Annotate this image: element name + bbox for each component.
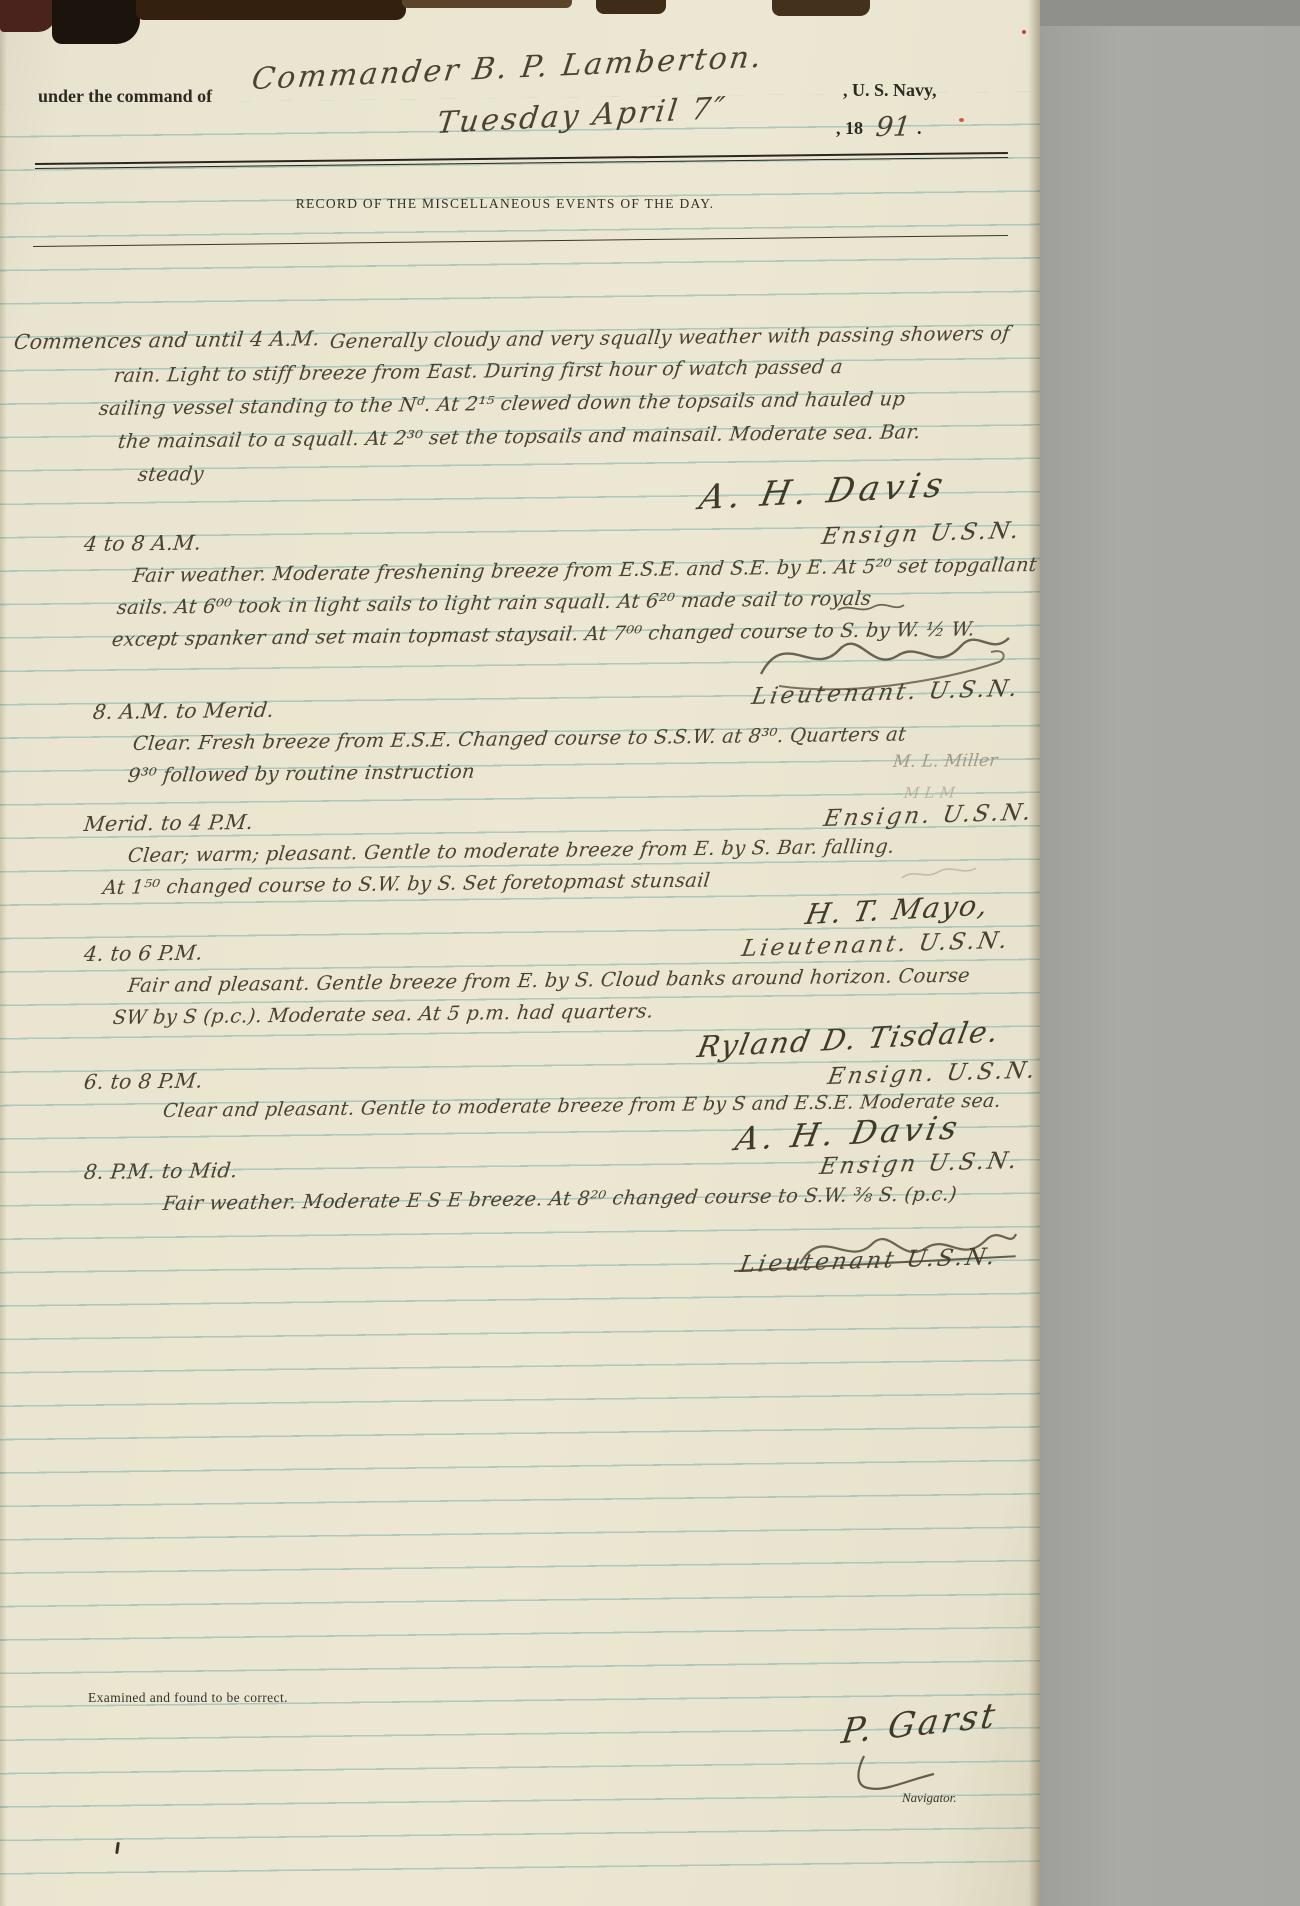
binding-fragment — [772, 0, 870, 16]
watch-heading: Commences and until 4 A.M. — [13, 326, 321, 354]
examined-note: Examined and found to be correct. — [88, 1690, 288, 1706]
navigator-label: Navigator. — [902, 1790, 957, 1806]
page-edge — [1028, 0, 1040, 1906]
binding-fragment — [1040, 0, 1300, 26]
pencil-scribble — [898, 862, 978, 886]
watch-heading: 4. to 6 P.M. — [83, 941, 204, 966]
year-printed-prefix: , 18 — [836, 118, 863, 139]
pencil-initials: M L M — [903, 783, 956, 802]
binding-fragment — [136, 0, 406, 20]
record-title: RECORD OF THE MISCELLANEOUS EVENTS OF TH… — [0, 196, 1010, 212]
pencil-signature: M. L. Miller — [892, 751, 999, 772]
binding-fragment — [596, 0, 666, 14]
log-line: steady — [137, 462, 205, 486]
command-prefix-label: under the command of — [38, 86, 212, 107]
log-line: 9³⁰ followed by routine instruction — [127, 760, 476, 787]
binding-shadow — [0, 24, 7, 1906]
commander-handwritten: Commander B. P. Lamberton. — [250, 40, 766, 98]
watch-heading: Merid. to 4 P.M. — [83, 810, 255, 836]
binding-fragment — [0, 0, 56, 32]
paper-speck — [1022, 30, 1026, 34]
logbook-page: under the command of Commander B. P. Lam… — [0, 0, 1040, 1906]
year-printed-period: . — [917, 118, 922, 139]
watch-heading: 8. A.M. to Merid. — [92, 698, 276, 724]
paper-speck — [959, 118, 964, 122]
watch-heading: 6. to 8 P.M. — [83, 1069, 204, 1094]
navy-label: , U. S. Navy, — [843, 80, 937, 101]
year-handwritten: 91 — [874, 112, 912, 143]
scan-background — [1040, 0, 1300, 1906]
binding-fragment — [52, 0, 140, 44]
watch-heading: 8. P.M. to Mid. — [83, 1158, 239, 1184]
binding-fragment — [402, 0, 572, 8]
watch-heading: 4 to 8 A.M. — [83, 531, 203, 556]
